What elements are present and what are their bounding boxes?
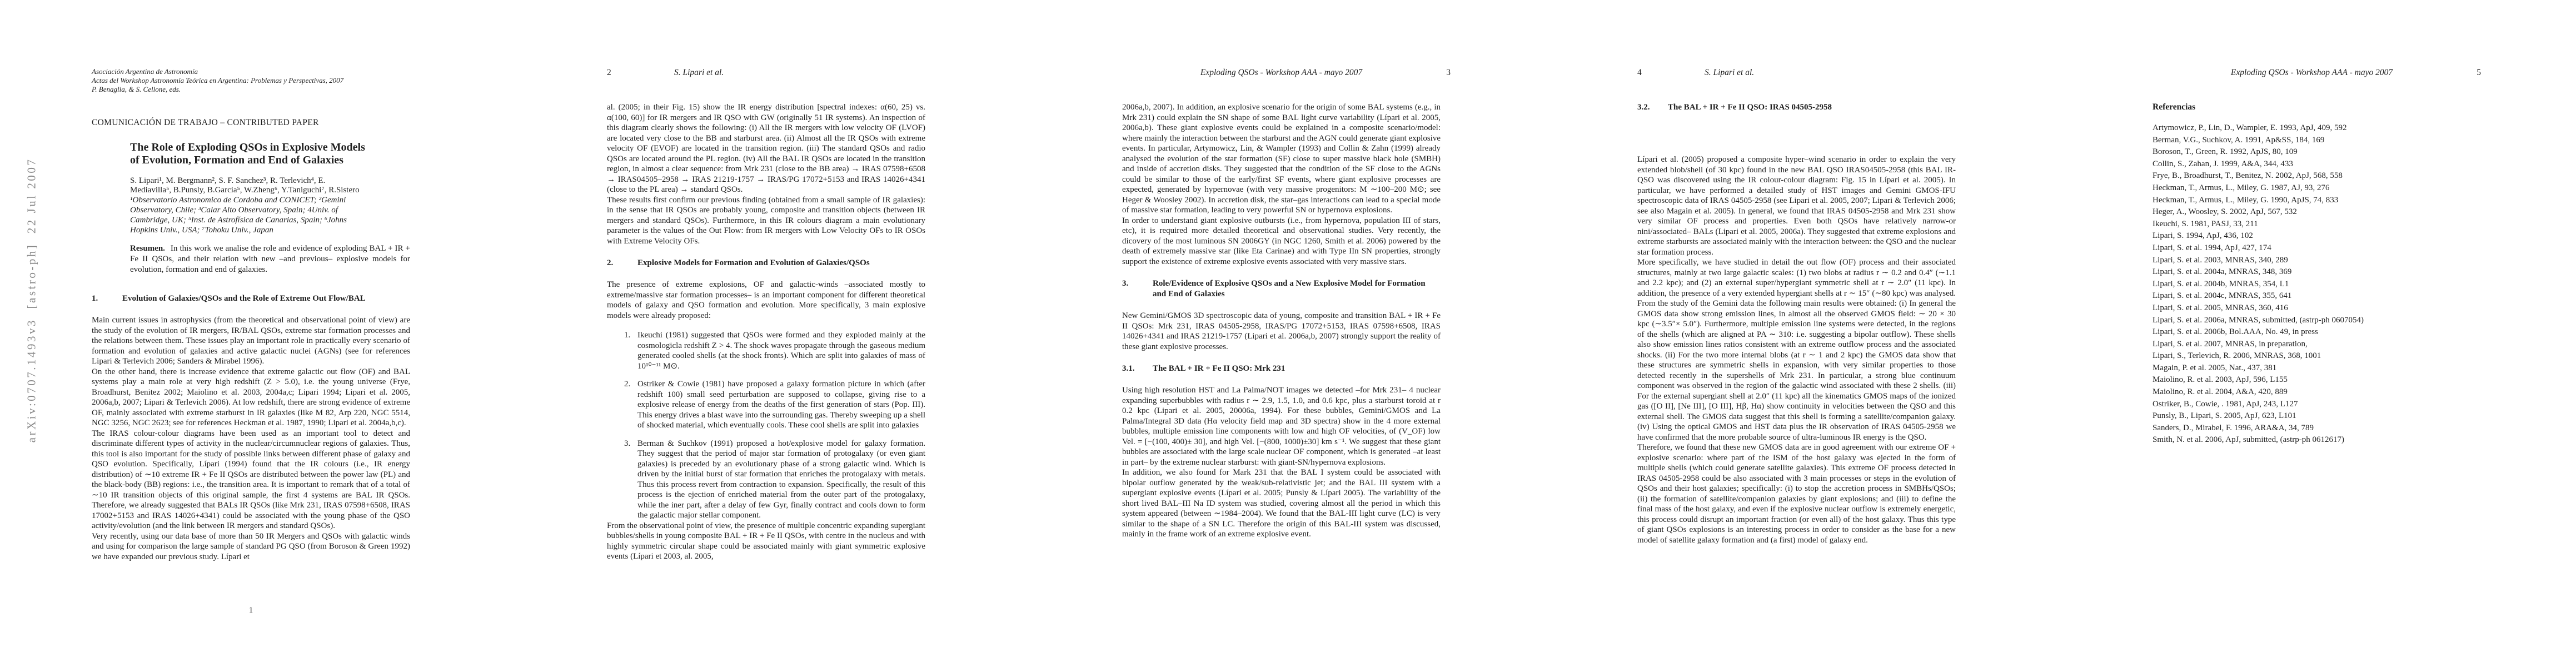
series-line: Actas del Workshop Astronomía Teórica en… (92, 76, 425, 85)
paragraph: 2006a,b, 2007). In addition, an explosiv… (1122, 102, 1441, 216)
section-number: 1. (92, 293, 122, 304)
arxiv-stamp: arXiv:0707.1493v3 [astro-ph] 22 Jul 2007 (25, 158, 39, 443)
affiliation-line: Observatory, Chile; ³Calar Alto Observat… (130, 205, 410, 215)
reference-entry: Lipari, S. et al. 2007, MNRAS, in prepar… (2153, 339, 2486, 351)
paragraph: In order to understand giant explosive o… (1122, 216, 1441, 267)
reference-entry: Lipari, S. et al. 2006a, MNRAS, submitte… (2153, 315, 2486, 327)
page2-body: al. (2005; in their Fig. 15) show the IR… (607, 102, 925, 562)
reference-entry: Magain, P. et al. 2005, Nat., 437, 381 (2153, 362, 2486, 375)
page-1: arXiv:0707.1493v3 [astro-ph] 22 Jul 2007… (0, 0, 515, 667)
reference-entry: Lipari, S. et al. 2004c, MNRAS, 355, 641 (2153, 290, 2486, 302)
section-title: Explosive Models for Formation and Evolu… (637, 258, 870, 267)
paragraph: New Gemini/GMOS 3D spectroscopic data of… (1122, 311, 1441, 352)
reference-entry: Lipari, S. et al. 2004b, MNRAS, 354, L1 (2153, 278, 2486, 291)
subsection-title: The BAL + IR + Fe II QSO: Mrk 231 (1153, 364, 1285, 373)
list-item: 3. Berman & Suchkov (1991) proposed a ho… (607, 439, 925, 521)
section-number: 3. (1122, 278, 1153, 289)
reference-entry: Maiolino, R. et al. 2003, ApJ, 596, L155 (2153, 374, 2486, 386)
list-item-text: Berman & Suchkov (1991) proposed a hot/e… (637, 439, 925, 521)
section-number: 2. (607, 258, 637, 268)
reference-entry: Ikeuchi, S. 1981, PASJ, 33, 211 (2153, 218, 2486, 231)
abstract-label: Resumen. (130, 244, 165, 253)
running-title: Exploding QSOs - Workshop AAA - mayo 200… (2153, 68, 2471, 78)
section-heading-3: 3.Role/Evidence of Explosive QSOs and a … (1122, 278, 1441, 300)
reference-entry: Smith, N. et al. 2006, ApJ, submitted, (… (2153, 434, 2486, 446)
list-item-number: 1. (624, 330, 630, 341)
footer-page-number: 1 (92, 606, 410, 615)
affiliation-line: ¹Observatorio Astronomico de Cordoba and… (130, 195, 410, 205)
running-author: S. Lipari et al. (674, 68, 724, 78)
list-item-text: Ostriker & Cowie (1981) have proposed a … (637, 379, 925, 431)
list-item-number: 3. (624, 439, 630, 449)
title-line: of Evolution, Formation and End of Galax… (130, 154, 397, 167)
page-number: 5 (2477, 68, 2481, 78)
reference-entry: Berman, V.G., Suchkov, A. 1991, Ap&SS, 1… (2153, 135, 2486, 147)
paragraph: These results first confirm our previous… (607, 195, 925, 247)
paragraph: The presence of extreme explosions, OF a… (607, 280, 925, 321)
subsection-heading-3-1: 3.1.The BAL + IR + Fe II QSO: Mrk 231 (1122, 364, 1441, 374)
numbered-list: 1. Ikeuchi (1981) suggested that QSOs we… (607, 330, 925, 521)
section-title: Role/Evidence of Explosive QSOs and a Ne… (1153, 279, 1426, 298)
references-list: Artymowicz, P., Lin, D., Wampler, E. 199… (2153, 122, 2486, 446)
paragraph: On the other hand, there is increase evi… (92, 367, 410, 429)
paragraph: Lípari et al. (2005) proposed a composit… (1637, 155, 1956, 257)
paragraph: The IRAS colour-colour diagrams have bee… (92, 429, 410, 531)
reference-entry: Lipari, S. 1994, ApJ, 436, 102 (2153, 230, 2486, 242)
reference-entry: Maiolino, R. et al. 2004, A&A, 420, 889 (2153, 386, 2486, 399)
subsection-number: 3.2. (1637, 102, 1668, 113)
page-number: 4 (1637, 68, 1642, 78)
affiliation-line: Hopkins Univ., USA; ⁷Tohoku Univ., Japan (130, 225, 410, 235)
references-heading: Referencias (2153, 102, 2195, 112)
paragraph: In addition, we also found for Mark 231 … (1122, 467, 1441, 540)
document-canvas: { "stamp": { "text": "arXiv:0707.1493v3 … (0, 0, 2576, 667)
reference-entry: Lipari, S., Terlevich, R. 2006, MNRAS, 3… (2153, 350, 2486, 362)
reference-entry: Lipari, S. et al. 1994, ApJ, 427, 174 (2153, 242, 2486, 255)
reference-entry: Lipari, S. et al. 2003, MNRAS, 340, 289 (2153, 255, 2486, 267)
reference-entry: Artymowicz, P., Lin, D., Wampler, E. 199… (2153, 122, 2486, 135)
author-line: S. Lipari¹, M. Bergmann², S. F. Sanchez³… (130, 176, 410, 186)
series-block: Asociación Argentina de Astronomía Actas… (92, 67, 425, 93)
list-item: 2. Ostriker & Cowie (1981) have proposed… (607, 379, 925, 431)
page-2: 2 S. Lipari et al. al. (2005; in their F… (515, 0, 1030, 667)
affiliation-line: Cambridge, UK; ⁵Inst. de Astrofísica de … (130, 215, 410, 225)
paragraph: Therefore, we found that these new GMOS … (1637, 442, 1956, 545)
paragraph: Very recently, using our data base of mo… (92, 531, 410, 563)
paragraph: al. (2005; in their Fig. 15) show the IR… (607, 102, 925, 195)
reference-entry: Heckman, T., Armus, L., Miley, G. 1990, … (2153, 195, 2486, 207)
page1-body: 1.Evolution of Galaxies/QSOs and the Rol… (92, 293, 410, 562)
page3-body: 2006a,b, 2007). In addition, an explosiv… (1122, 102, 1441, 540)
reference-entry: Boroson, T., Green, R. 1992, ApJS, 80, 1… (2153, 146, 2486, 158)
paper-title: The Role of Exploding QSOs in Explosive … (130, 141, 397, 167)
paragraph: More specifically, we have studied in de… (1637, 257, 1956, 442)
page4-body: Lípari et al. (2005) proposed a composit… (1637, 155, 1956, 545)
reference-entry: Heckman, T., Armus, L., Miley, G. 1987, … (2153, 182, 2486, 195)
reference-entry: Lipari, S. et al. 2006b, Bol.AAA, No. 49… (2153, 326, 2486, 339)
author-line: Mediavilla⁵, B.Punsly, B.Garcia⁵, W.Zhen… (130, 186, 410, 195)
subsection-heading-3-2: 3.2.The BAL + IR + Fe II QSO: IRAS 04505… (1637, 102, 1956, 124)
paragraph: From the observational point of view, th… (607, 521, 925, 562)
paragraph: Main current issues in astrophysics (fro… (92, 315, 410, 367)
section-title: Evolution of Galaxies/QSOs and the Role … (122, 294, 366, 303)
list-item-text: Ikeuchi (1981) suggested that QSOs were … (637, 330, 925, 371)
reference-entry: Lipari, S. et al. 2004a, MNRAS, 348, 369 (2153, 266, 2486, 278)
title-line: The Role of Exploding QSOs in Explosive … (130, 141, 397, 154)
list-item-number: 2. (624, 379, 630, 390)
reference-entry: Sanders, D., Mirabel, F. 1996, ARA&A, 34… (2153, 422, 2486, 435)
affiliation-list: ¹Observatorio Astronomico de Cordoba and… (130, 195, 410, 235)
page-4: 4 S. Lipari et al. 3.2.The BAL + IR + Fe… (1546, 0, 2061, 667)
abstract: Resumen.In this work we analise the role… (130, 243, 410, 275)
running-title: Exploding QSOs - Workshop AAA - mayo 200… (1122, 68, 1441, 78)
reference-entry: Punsly, B., Lipari, S. 2005, ApJ, 623, L… (2153, 410, 2486, 422)
subsection-title: The BAL + IR + Fe II QSO: IRAS 04505-295… (1668, 103, 1832, 112)
series-line: Asociación Argentina de Astronomía (92, 67, 425, 76)
list-item: 1. Ikeuchi (1981) suggested that QSOs we… (607, 330, 925, 371)
page-5: Exploding QSOs - Workshop AAA - mayo 200… (2061, 0, 2576, 667)
section-heading-1: 1.Evolution of Galaxies/QSOs and the Rol… (92, 293, 410, 304)
page-number: 2 (607, 68, 611, 78)
section-heading-2: 2.Explosive Models for Formation and Evo… (607, 258, 925, 268)
running-author: S. Lipari et al. (1705, 68, 1754, 78)
reference-entry: Ostriker, B., Cowie, . 1981, ApJ, 243, L… (2153, 399, 2486, 411)
reference-entry: Lipari, S. et al. 2005, MNRAS, 360, 416 (2153, 302, 2486, 315)
author-list: S. Lipari¹, M. Bergmann², S. F. Sanchez³… (130, 176, 410, 195)
reference-entry: Frye, B., Broadhurst, T., Benitez, N. 20… (2153, 170, 2486, 182)
paragraph: Using high resolution HST and La Palma/N… (1122, 385, 1441, 467)
contributed-paper-label: COMUNICACIÓN DE TRABAJO – CONTRIBUTED PA… (92, 118, 319, 128)
subsection-heading: 3.2.The BAL + IR + Fe II QSO: IRAS 04505… (1637, 102, 1956, 113)
reference-entry: Heger, A., Woosley, S. 2002, ApJ, 567, 5… (2153, 206, 2486, 218)
page-3: Exploding QSOs - Workshop AAA - mayo 200… (1030, 0, 1546, 667)
page-number: 3 (1446, 68, 1451, 78)
series-line: P. Benaglia, & S. Cellone, eds. (92, 85, 425, 94)
subsection-number: 3.1. (1122, 364, 1153, 374)
abstract-text: In this work we analise the role and evi… (130, 244, 410, 274)
reference-entry: Collin, S., Zahan, J. 1999, A&A, 344, 43… (2153, 158, 2486, 171)
